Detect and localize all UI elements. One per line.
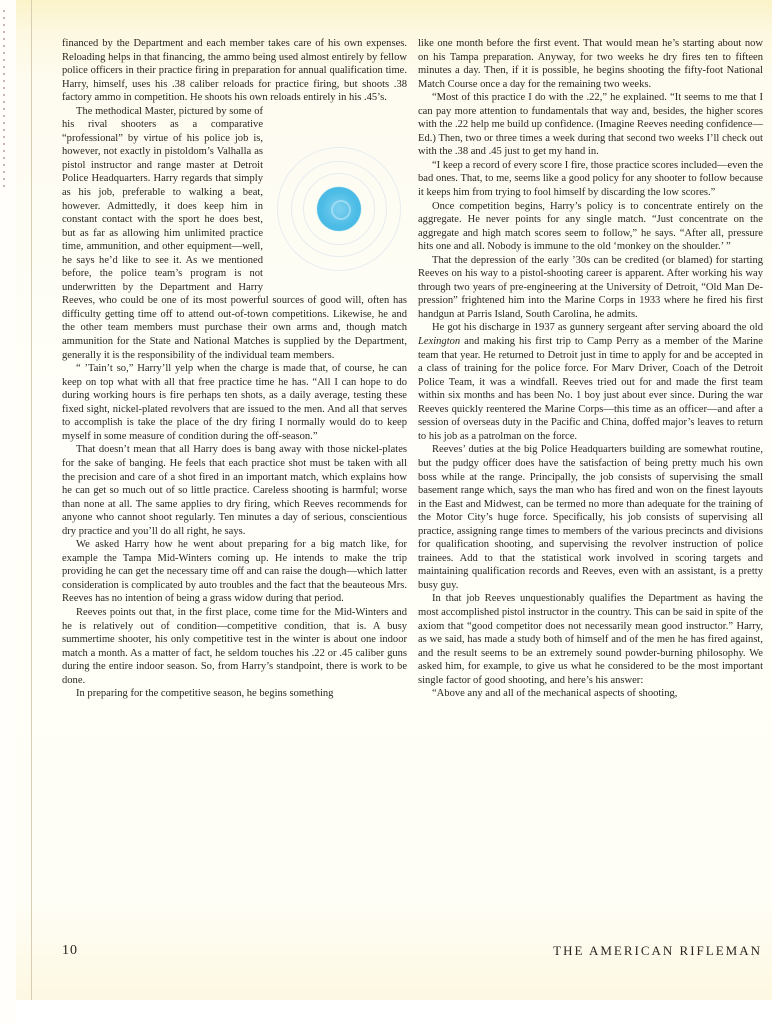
target-icon: [277, 139, 399, 279]
binding-perforation: [3, 10, 5, 190]
left-column: financed by the Department and each memb…: [62, 37, 407, 701]
scan-margin: [0, 0, 16, 1024]
paragraph-text: He got his discharge in 1937 as gunnery …: [432, 322, 763, 333]
page-number: 10: [62, 943, 78, 959]
paragraph: “I keep a record of every score I fire, …: [418, 159, 763, 200]
paragraph: Reeves’ duties at the big Police Headqua…: [418, 443, 763, 592]
paragraph: “ ’Tain’t so,” Harry’ll yelp when the ch…: [62, 362, 407, 443]
paragraph: financed by the Department and each memb…: [62, 37, 407, 105]
paragraph: “Above any and all of the mechanical asp…: [418, 687, 763, 701]
paragraph: like one month before the first event. T…: [418, 37, 763, 91]
ship-name: Lexington: [418, 336, 460, 347]
target-figure: [271, 133, 407, 286]
paragraph: Reeves points out that, in the first pla…: [62, 606, 407, 687]
paragraph: “Most of this practice I do with the .22…: [418, 91, 763, 159]
paragraph-with-figure: The methodical Master, pictured by some …: [62, 105, 407, 362]
paragraph: He got his discharge in 1937 as gunnery …: [418, 321, 763, 443]
paragraph: Once competition begins, Harry’s policy …: [418, 200, 763, 254]
paragraph: That doesn’t mean that all Harry does is…: [62, 443, 407, 538]
bullseye: [317, 187, 361, 231]
paragraph: That the depression of the early ’30s ca…: [418, 254, 763, 322]
right-column: like one month before the first event. T…: [418, 37, 763, 701]
paragraph: We asked Harry how he went about prepari…: [62, 538, 407, 606]
publication-title: THE AMERICAN RIFLEMAN: [553, 943, 762, 959]
page-edge-line: [31, 0, 32, 1000]
paragraph: In that job Reeves unquestionably qualif…: [418, 592, 763, 687]
paragraph: In preparing for the competitive season,…: [62, 687, 407, 701]
paragraph-text: and making his first trip to Camp Perry …: [418, 336, 763, 442]
